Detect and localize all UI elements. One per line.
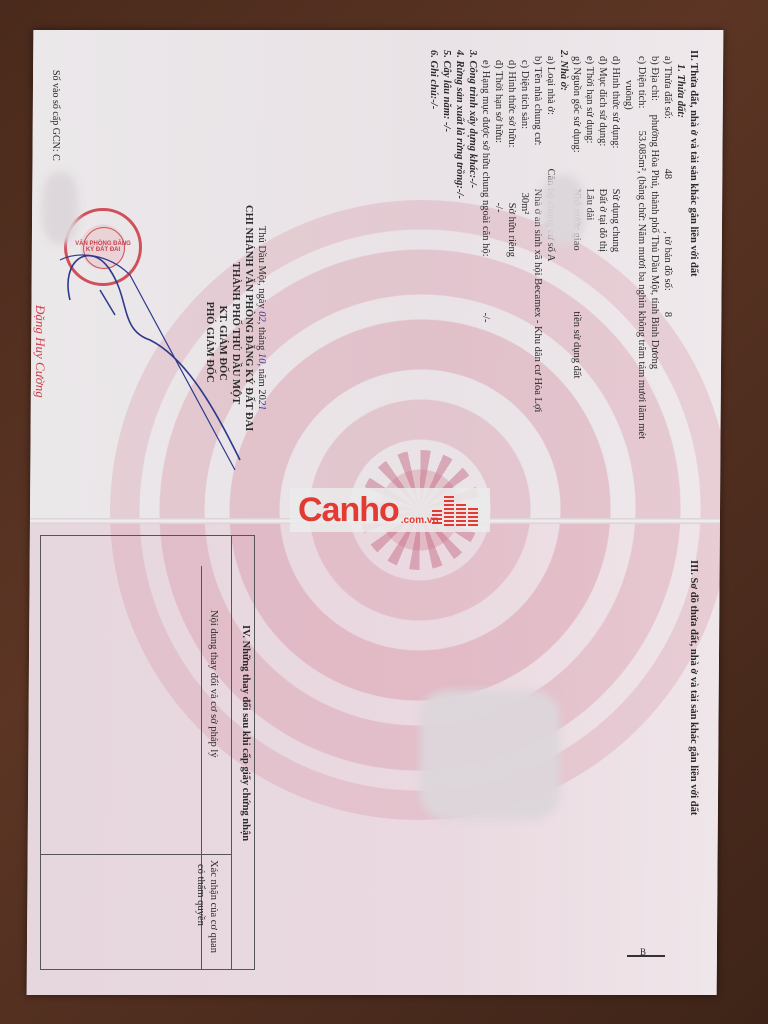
origin-label: g) Nguồn gốc sử dụng: bbox=[570, 56, 583, 186]
house-type-label: a) Loại nhà ở: bbox=[544, 56, 557, 166]
register-no-label: Số vào sổ cấp GCN: C bbox=[50, 70, 61, 161]
floor-area-label: c) Diện tích sàn: bbox=[518, 60, 531, 190]
footer-mark: B bbox=[640, 947, 646, 957]
building-logo-icon bbox=[432, 496, 478, 526]
month: 10 bbox=[256, 353, 267, 364]
address: phường Hòa Phú, thành phố Thủ Dầu Một, t… bbox=[649, 115, 660, 369]
part6: 6. Ghi chú:-/- bbox=[427, 50, 440, 439]
use-form: Sử dụng chung bbox=[610, 189, 621, 252]
org-line1: CHI NHÁNH VĂN PHÒNG ĐĂNG KÝ ĐẤT ĐAI bbox=[242, 205, 255, 431]
table-divider bbox=[231, 536, 232, 969]
canho-watermark: Canho .com.vn bbox=[290, 488, 490, 532]
section-iv-col2: Xác nhận của cơ quan có thẩm quyền bbox=[194, 860, 220, 953]
area: 53.085m², (bằng chữ: Năm mươi ba nghìn k… bbox=[636, 131, 647, 439]
area-label: c) Diện tích: bbox=[635, 56, 648, 128]
month-label: tháng bbox=[256, 327, 267, 350]
year-label: năm 20 bbox=[256, 369, 267, 400]
ownership: Sở hữu riêng bbox=[506, 203, 517, 257]
title-line2: PHÓ GIÁM ĐỐC bbox=[203, 205, 216, 431]
day: 02 bbox=[256, 311, 267, 322]
own-term-label: đ) Thời hạn sở hữu: bbox=[492, 60, 505, 200]
part4: 4. Rừng sản xuất là rừng trồng:-/- bbox=[453, 50, 466, 439]
parcel-no-label: a) Thửa đất số: bbox=[661, 56, 674, 166]
part5: 5. Cây lâu năm: -/- bbox=[440, 50, 453, 439]
signer-name: Đặng Huy Cường bbox=[32, 305, 48, 398]
ownership-label: d) Hình thức sở hữu: bbox=[505, 60, 518, 200]
stamp-text: VĂN PHÒNG ĐĂNG KÝ ĐẤT ĐAI bbox=[71, 241, 135, 253]
section-ii-title: II. Thửa đất, nhà ở và tài sản khác gắn … bbox=[687, 50, 700, 439]
area-cont: vuông) bbox=[622, 50, 635, 439]
map-sheet-label: , tờ bản đồ số: bbox=[661, 231, 674, 309]
redacted-apartment-no bbox=[540, 175, 585, 245]
section-iii-title: III. Sơ đồ thửa đất, nhà ở và tài sản kh… bbox=[687, 560, 700, 815]
table-divider bbox=[41, 854, 231, 855]
use-form-label: d) Hình thức sử dụng: bbox=[609, 56, 622, 186]
floor-area: 30m² bbox=[519, 193, 530, 215]
redacted-diagram bbox=[420, 690, 560, 820]
col2-line2: có thẩm quyền bbox=[194, 860, 207, 953]
org-line2: THÀNH PHỐ THỦ DẦU MỘT bbox=[229, 205, 242, 431]
register-no: Số vào sổ cấp GCN: C bbox=[49, 70, 62, 161]
place-date-prefix: Thủ Dầu Một, ngày bbox=[256, 226, 267, 309]
own-term: -/- bbox=[493, 203, 504, 213]
purpose: Đất ở tại đô thị bbox=[597, 189, 608, 252]
term-label: e) Thời hạn sử dụng: bbox=[583, 56, 596, 186]
watermark-brand: Canho bbox=[298, 491, 399, 530]
year: 21 bbox=[256, 400, 267, 411]
col2-line1: Xác nhận của cơ quan bbox=[207, 860, 220, 953]
title-line1: KT. GIÁM ĐỐC bbox=[216, 205, 229, 431]
origin-tail: tiền sử dụng đất bbox=[571, 311, 582, 378]
address-label: b) Địa chỉ: bbox=[648, 56, 661, 112]
term: Lâu dài bbox=[584, 189, 595, 221]
map-sheet: 8 bbox=[662, 312, 673, 317]
signature-block: Thủ Dầu Một, ngày 02, tháng 10, năm 2021… bbox=[203, 205, 268, 431]
section-iv-title: IV. Những thay đổi sau khi cấp giấy chứn… bbox=[239, 625, 252, 841]
part3: 3. Công trình xây dựng khác:-/- bbox=[466, 50, 479, 439]
shared-label: e) Hạng mục được sở hữu chung ngoài căn … bbox=[479, 60, 492, 310]
parcel-no: 48 bbox=[661, 169, 674, 229]
section-iv-col1: Nội dung thay đổi và cơ sở pháp lý bbox=[207, 610, 220, 758]
redacted-register-no bbox=[42, 172, 78, 244]
changes-table bbox=[40, 535, 255, 970]
building-label: b) Tên nhà chung cư: bbox=[531, 56, 544, 186]
purpose-label: đ) Mục đích sử dụng: bbox=[596, 56, 609, 186]
part1-title: 1. Thửa đất: bbox=[674, 50, 687, 439]
shared: -/- bbox=[480, 313, 491, 323]
